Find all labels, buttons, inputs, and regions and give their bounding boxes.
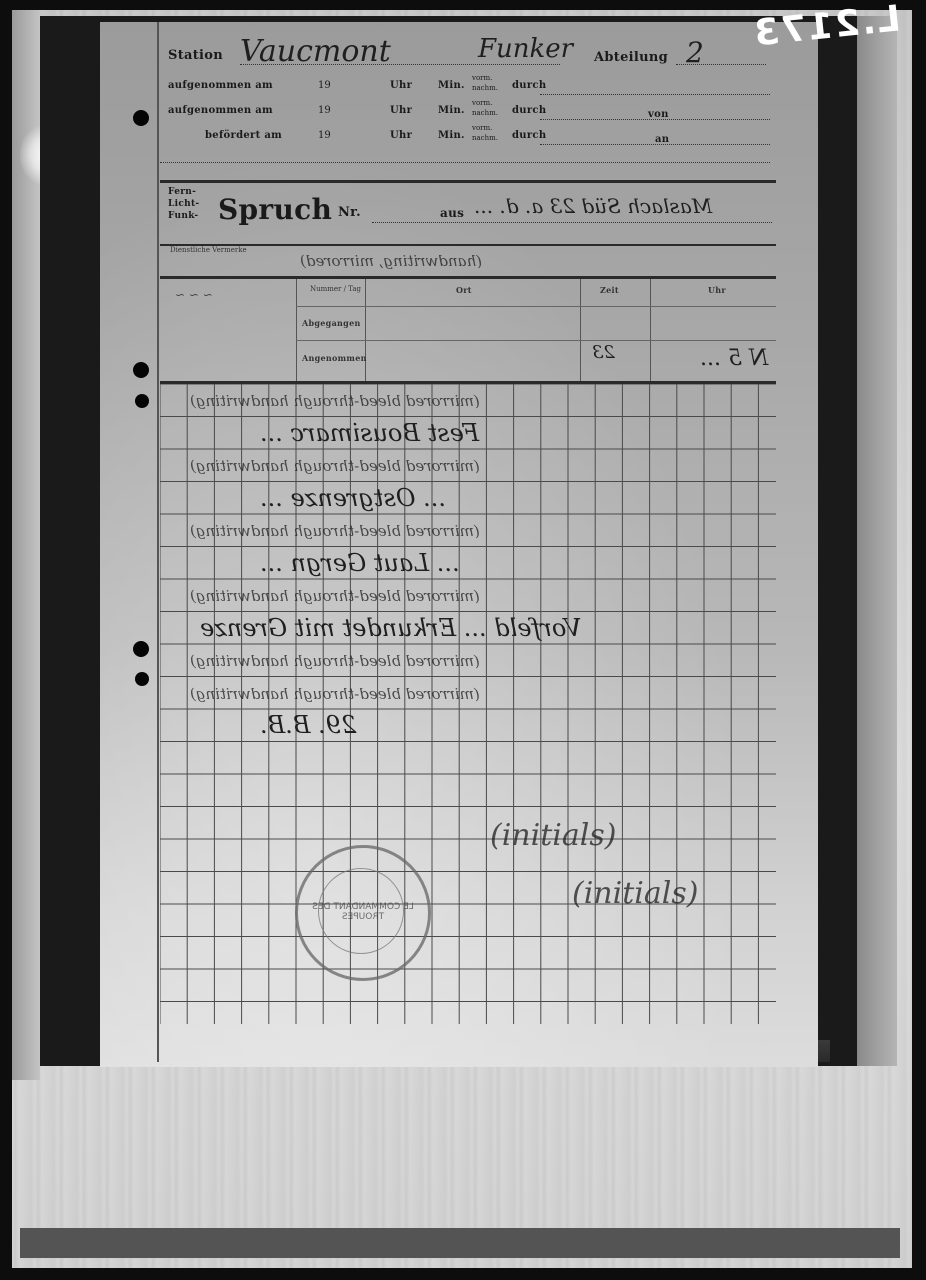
type-licht: Licht- — [168, 198, 199, 210]
angenommen-marks-text: N 5 ... — [700, 346, 768, 371]
routing-col-rule — [296, 279, 297, 381]
message-line-text: Vorfeld ... Erkundet mit Grenze — [200, 614, 581, 642]
aus-value-text: Maslach Süd 23 a. d. ... — [474, 194, 712, 218]
punch-hole — [135, 672, 149, 686]
message-line: (mirrored bleed-through handwriting) — [190, 587, 480, 605]
header-row-label: befördert am — [205, 130, 282, 141]
header-row-line — [540, 144, 770, 145]
margin-rule — [157, 22, 159, 1062]
message-line: ... Laut Gergn ... — [260, 549, 460, 577]
dienstliche-label: Dienstliche Vermerke — [170, 246, 247, 254]
message-line-text: (mirrored bleed-through handwriting) — [190, 392, 480, 410]
message-line-text: (mirrored bleed-through handwriting) — [190, 652, 480, 670]
stamp-text: LE COMMANDANT DES TROUPES — [298, 902, 428, 922]
signature-1: (initials) — [490, 818, 616, 853]
punch-hole — [133, 641, 149, 657]
message-grid — [160, 384, 776, 1024]
message-line-text: ... Ostgrenze ... — [260, 484, 446, 512]
sender-value: Funker — [478, 34, 573, 64]
header-row-label: aufgenommen am — [168, 105, 273, 116]
header-row-line — [540, 119, 770, 120]
station-line — [240, 64, 560, 65]
header-row-min: Min. — [438, 130, 465, 141]
official-stamp: LE COMMANDANT DES TROUPES — [295, 845, 431, 981]
message-line-text: (mirrored bleed-through handwriting) — [190, 522, 480, 540]
grid-lines — [160, 384, 776, 1024]
header-row-year: 19 — [318, 80, 331, 91]
header-bottom-line — [160, 162, 770, 163]
type-funk: Funk- — [168, 210, 199, 222]
abteilung-line — [676, 64, 766, 65]
type-fern: Fern- — [168, 186, 199, 198]
angenommen-marks: N 5 ... — [700, 346, 768, 371]
station-label: Station — [168, 48, 223, 63]
header-row-label: aufgenommen am — [168, 80, 273, 91]
header-row-min: Min. — [438, 105, 465, 116]
message-line: (mirrored bleed-through handwriting) — [190, 652, 480, 670]
message-line-text: Fest Bousimarc ... — [260, 419, 479, 447]
col-header-zeit: Zeit — [600, 285, 619, 295]
col-header-uhr: Uhr — [708, 285, 726, 295]
header-row-min: Min. — [438, 80, 465, 91]
header-row-vorm: vorm. — [472, 74, 492, 82]
header-row-vorm: vorm. — [472, 99, 492, 107]
message-line: 29. B.B. — [260, 711, 356, 739]
message-line-text: ... Laut Gergn ... — [260, 549, 460, 577]
header-row-nachm: nachm. — [472, 109, 498, 117]
abteilung-label: Abteilung — [594, 50, 668, 65]
section-rule — [160, 244, 776, 246]
header-row-line — [540, 94, 770, 95]
board-bottom-band — [20, 1228, 900, 1258]
message-line: (mirrored bleed-through handwriting) — [190, 685, 480, 703]
message-line: Fest Bousimarc ... — [260, 419, 479, 447]
message-line: (mirrored bleed-through handwriting) — [190, 522, 480, 540]
routing-bleed-text: ~ ~ ~ — [175, 288, 213, 302]
message-line-text: 29. B.B. — [260, 711, 356, 739]
message-line: Vorfeld ... Erkundet mit Grenze — [200, 614, 581, 642]
section-rule — [160, 180, 776, 183]
header-row-durch: durch — [512, 130, 546, 141]
message-line: (mirrored bleed-through handwriting) — [190, 392, 480, 410]
nr-line — [372, 222, 772, 223]
header-row-durch: durch — [512, 105, 546, 116]
routing-col-rule — [365, 279, 366, 381]
header-row-year: 19 — [318, 130, 331, 141]
aus-label: aus — [440, 206, 464, 220]
punch-hole — [133, 362, 149, 378]
header-row-vorm: vorm. — [472, 124, 492, 132]
col-header-ort: Ort — [456, 285, 472, 295]
header-row-nachm: nachm. — [472, 134, 498, 142]
spruch-type-labels: Fern- Licht- Funk- — [168, 186, 199, 222]
header-row-uhr: Uhr — [390, 80, 412, 91]
header-row-nachm: nachm. — [472, 84, 498, 92]
right-edge-strip — [857, 16, 897, 1066]
abgegangen-label: Abgegangen — [302, 318, 361, 328]
section-rule — [160, 276, 776, 279]
message-line-text: (mirrored bleed-through handwriting) — [190, 587, 480, 605]
routing-row-rule — [296, 306, 776, 307]
aus-value: Maslach Süd 23 a. d. ... — [474, 194, 712, 218]
header-row-uhr: Uhr — [390, 130, 412, 141]
routing-col-rule — [650, 279, 651, 381]
header-row-durch: durch — [512, 80, 546, 91]
message-line-text: (mirrored bleed-through handwriting) — [190, 685, 480, 703]
header-row-uhr: Uhr — [390, 105, 412, 116]
col-header-nummer: Nummer / Tag — [310, 285, 361, 293]
header-row-year: 19 — [318, 105, 331, 116]
angenommen-time-text: 23 — [592, 342, 615, 363]
message-line: ... Ostgrenze ... — [260, 484, 446, 512]
signature-2: (initials) — [572, 876, 698, 911]
angenommen-label: Angenommen — [302, 353, 367, 363]
angenommen-time: 23 — [592, 342, 615, 363]
dienstliche-text: (handwriting, mirrored) — [300, 252, 482, 270]
punch-hole — [133, 110, 149, 126]
message-line: (mirrored bleed-through handwriting) — [190, 457, 480, 475]
spruch-title: Spruch — [218, 193, 332, 226]
message-line-text: (mirrored bleed-through handwriting) — [190, 457, 480, 475]
nr-label: Nr. — [338, 205, 361, 220]
punch-hole — [135, 394, 149, 408]
routing-row-rule — [296, 340, 776, 341]
dienstliche-value: (handwriting, mirrored) — [300, 252, 482, 270]
routing-col-rule — [580, 279, 581, 381]
